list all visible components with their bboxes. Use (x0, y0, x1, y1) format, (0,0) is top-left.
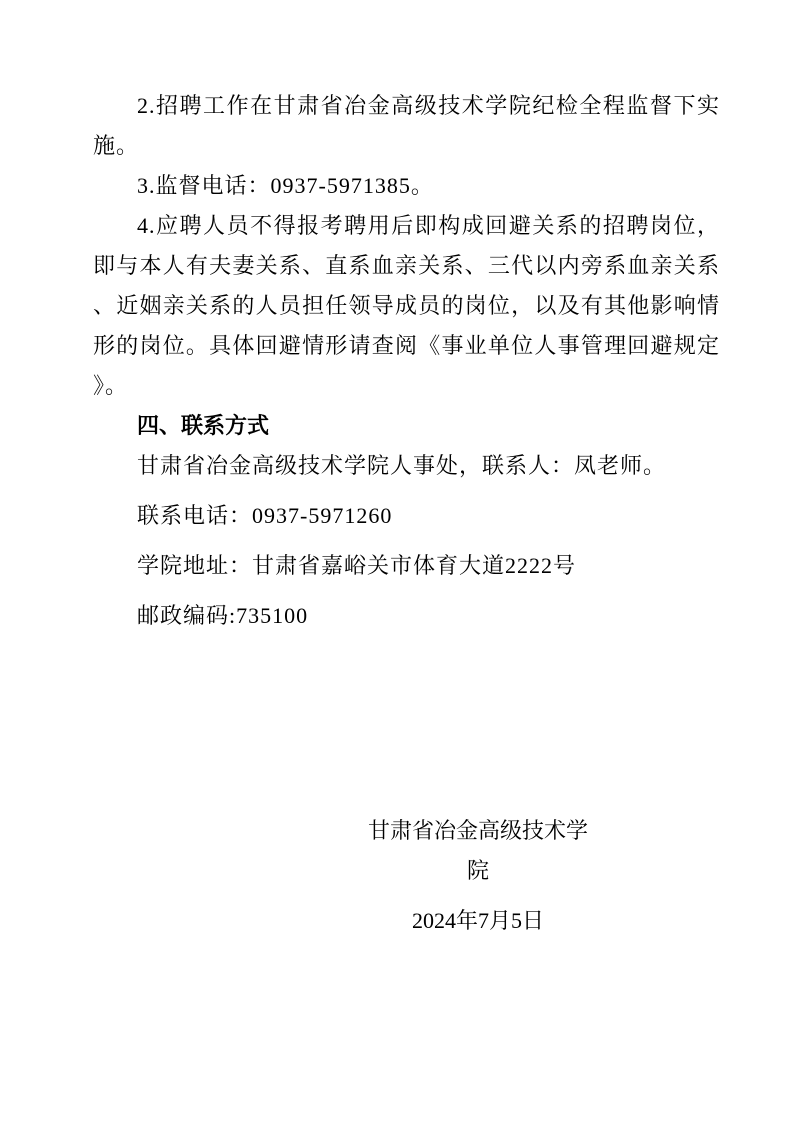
paragraph-contact-phone: 联系电话：0937-5971260 (93, 496, 720, 536)
document-page: 2.招聘工作在甘肃省冶金高级技术学院纪检全程监督下实施。 3.监督电话：0937… (0, 0, 793, 1122)
signature-block: 甘肃省冶金高级技术学院 2024年7月5日 (358, 811, 598, 941)
paragraph-avoidance-rule: 4.应聘人员不得报考聘用后即构成回避关系的招聘岗位，即与本人有夫妻关系、直系血亲… (93, 206, 720, 406)
paragraph-contact-intro: 甘肃省冶金高级技术学院人事处，联系人：凤老师。 (93, 446, 720, 486)
paragraph-supervision-phone: 3.监督电话：0937-5971385。 (93, 166, 720, 206)
signature-organization: 甘肃省冶金高级技术学院 (358, 811, 598, 891)
paragraph-supervision: 2.招聘工作在甘肃省冶金高级技术学院纪检全程监督下实施。 (93, 86, 720, 166)
signature-date: 2024年7月5日 (358, 901, 598, 941)
paragraph-college-address: 学院地址：甘肃省嘉峪关市体育大道2222号 (93, 546, 720, 586)
section-heading-contact: 四、联系方式 (93, 406, 720, 446)
paragraph-postal-code: 邮政编码:735100 (93, 596, 720, 636)
